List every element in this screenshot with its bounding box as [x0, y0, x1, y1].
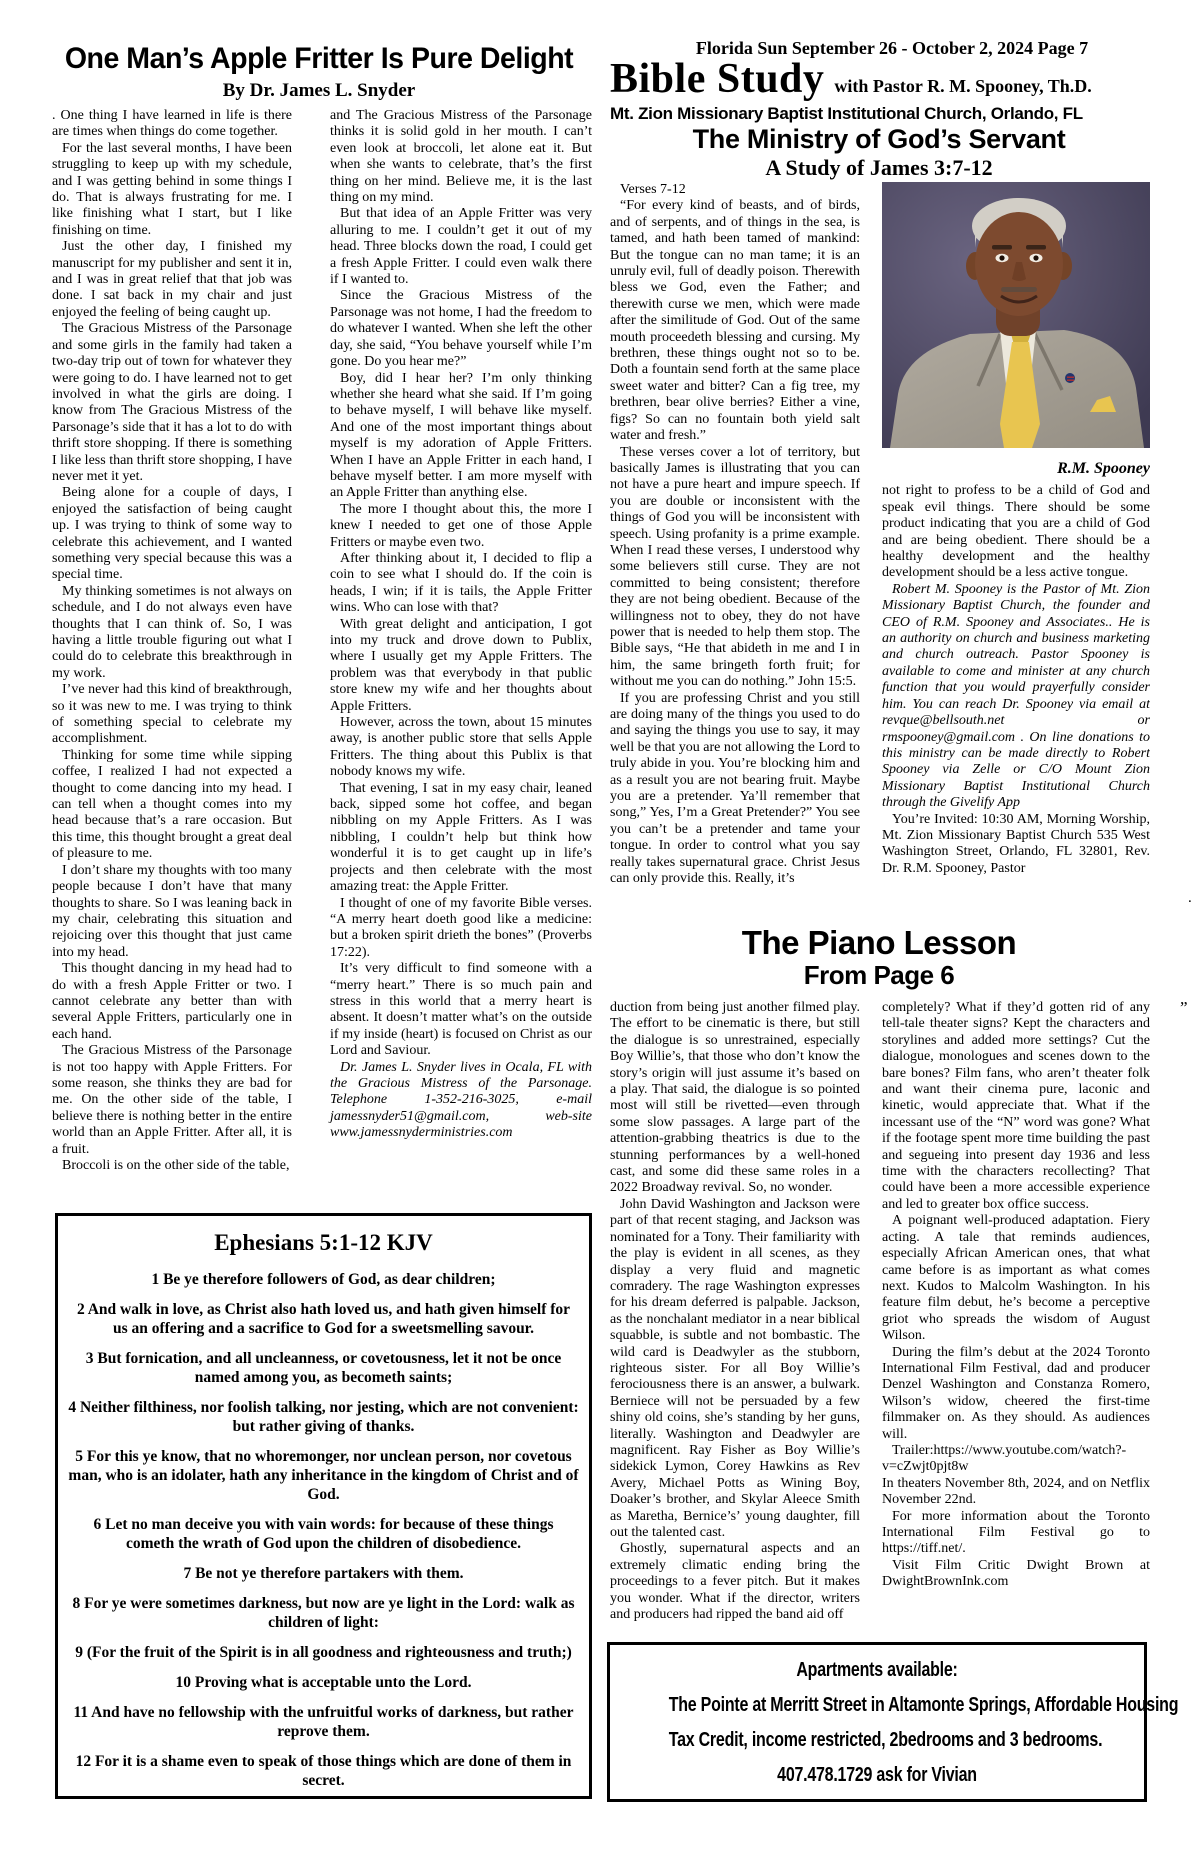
- fritter-article-byline: By Dr. James L. Snyder: [45, 80, 593, 102]
- fritter-article-headline: One Man’s Apple Fritter Is Pure Delight: [59, 42, 580, 76]
- paragraph: Broccoli is on the other side of the tab…: [52, 1158, 292, 1174]
- paragraph: The Gracious Mistress of the Parsonage i…: [52, 1043, 292, 1158]
- bible-study-header: Bible Study with Pastor R. M. Spooney, T…: [610, 55, 1155, 103]
- paragraph: I don’t share my thoughts with too many …: [52, 863, 292, 961]
- verse: 6 Let no man deceive you with vain words…: [68, 1515, 579, 1553]
- paragraph: I’ve never had this kind of breakthrough…: [52, 682, 292, 748]
- paragraph: Ghostly, supernatural aspects and an ext…: [610, 1541, 860, 1623]
- paragraph: This thought dancing in my head had to d…: [52, 961, 292, 1043]
- paragraph: completely? What if they’d gotten rid of…: [882, 1000, 1150, 1213]
- bible-column-2-text: not right to profess to be a child of Go…: [882, 483, 1150, 877]
- piano-column-1: duction from being just another filmed p…: [610, 1000, 860, 1660]
- paragraph: Dr. James L. Snyder lives in Ocala, FL w…: [330, 1060, 592, 1142]
- paragraph: During the film’s debut at the 2024 Toro…: [882, 1345, 1150, 1443]
- paragraph: Trailer:https://www.youtube.com/watch?-v…: [882, 1443, 1150, 1476]
- ad-line: Apartments available:: [669, 1657, 1086, 1683]
- photo-caption: R.M. Spooney: [882, 459, 1150, 479]
- ephesians-verses: 1 Be ye therefore followers of God, as d…: [68, 1270, 579, 1790]
- paragraph: It’s very difficult to find someone with…: [330, 961, 592, 1059]
- verse: 1 Be ye therefore followers of God, as d…: [68, 1270, 579, 1289]
- verse: 4 Neither filthiness, nor foolish talkin…: [68, 1398, 579, 1436]
- paragraph: Robert M. Spooney is the Pastor of Mt. Z…: [882, 582, 1150, 812]
- fritter-column-1: . One thing I have learned in life is th…: [52, 108, 292, 1210]
- newspaper-page: Florida Sun September 26 - October 2, 20…: [0, 0, 1200, 1855]
- ad-line: 407.478.1729 ask for Vivian: [669, 1762, 1086, 1788]
- paragraph: These verses cover a lot of territory, b…: [610, 445, 860, 691]
- paragraph: Visit Film Critic Dwight Brown at Dwight…: [882, 1558, 1150, 1591]
- piano-lesson-columns: duction from being just another filmed p…: [610, 1000, 1150, 1660]
- stray-quote-mark: ”: [1180, 998, 1188, 1018]
- ad-line: Tax Credit, income restricted, 2bedrooms…: [669, 1727, 1086, 1753]
- bible-study-columns: Verses 7-12“For every kind of beasts, an…: [610, 182, 1150, 952]
- paragraph: My thinking sometimes is not always on s…: [52, 584, 292, 682]
- verse: 5 For this ye know, that no whoremonger,…: [68, 1447, 579, 1504]
- fritter-article-columns: . One thing I have learned in life is th…: [52, 108, 592, 1210]
- pastor-photo: [882, 182, 1150, 453]
- bible-study-pastor-note: with Pastor R. M. Spooney, Th.D.: [834, 76, 1091, 97]
- paragraph: For the last several months, I have been…: [52, 141, 292, 239]
- paragraph: . One thing I have learned in life is th…: [52, 108, 292, 141]
- paragraph: Verses 7-12: [610, 182, 860, 198]
- paragraph: After thinking about it, I decided to fl…: [330, 551, 592, 617]
- verse: 7 Be not ye therefore partakers with the…: [68, 1564, 579, 1583]
- fritter-column-2: and The Gracious Mistress of the Parsona…: [330, 108, 592, 1210]
- paragraph: But that idea of an Apple Fritter was ve…: [330, 206, 592, 288]
- verse: 3 But fornication, and all uncleanness, …: [68, 1349, 579, 1387]
- pastor-portrait-illustration: [882, 182, 1150, 448]
- stray-period-mark: .: [1188, 890, 1192, 907]
- paragraph: and The Gracious Mistress of the Parsona…: [330, 108, 592, 206]
- verse: 8 For ye were sometimes darkness, but no…: [68, 1594, 579, 1632]
- paragraph: That evening, I sat in my easy chair, le…: [330, 781, 592, 896]
- paragraph: However, across the town, about 15 minut…: [330, 715, 592, 781]
- paragraph: You’re Invited: 10:30 AM, Morning Worshi…: [882, 812, 1150, 878]
- paragraph: Just the other day, I finished my manusc…: [52, 239, 292, 321]
- piano-lesson-subtitle: From Page 6: [608, 960, 1150, 991]
- paragraph: Thinking for some time while sipping cof…: [52, 748, 292, 863]
- paragraph: John David Washington and Jackson were p…: [610, 1197, 860, 1542]
- piano-column-2: completely? What if they’d gotten rid of…: [882, 1000, 1150, 1660]
- verse: 12 For it is a shame even to speak of th…: [68, 1752, 579, 1790]
- piano-lesson-title: The Piano Lesson: [608, 924, 1150, 962]
- paragraph: With great delight and anticipation, I g…: [330, 617, 592, 715]
- paragraph: The more I thought about this, the more …: [330, 502, 592, 551]
- ministry-title: The Ministry of God’s Servant: [608, 124, 1150, 155]
- paragraph: I thought of one of my favorite Bible ve…: [330, 896, 592, 962]
- bible-column-1: Verses 7-12“For every kind of beasts, an…: [610, 182, 860, 952]
- verse: 11 And have no fellowship with the unfru…: [68, 1703, 579, 1741]
- verse: 2 And walk in love, as Christ also hath …: [68, 1300, 579, 1338]
- bible-study-title: Bible Study: [610, 55, 824, 103]
- paragraph: Being alone for a couple of days, I enjo…: [52, 485, 292, 583]
- verse: 9 (For the fruit of the Spirit is in all…: [68, 1643, 579, 1662]
- paragraph: In theaters November 8th, 2024, and on N…: [882, 1476, 1150, 1509]
- paragraph: The Gracious Mistress of the Parsonage a…: [52, 321, 292, 485]
- bible-column-2: R.M. Spooney not right to profess to be …: [882, 182, 1150, 952]
- paragraph: If you are professing Christ and you sti…: [610, 691, 860, 888]
- paragraph: “For every kind of beasts, and of birds,…: [610, 198, 860, 444]
- church-name-line: Mt. Zion Missionary Baptist Institutiona…: [610, 104, 1155, 124]
- ad-line: The Pointe at Merritt Street in Altamont…: [669, 1692, 1086, 1718]
- paragraph: not right to profess to be a child of Go…: [882, 483, 1150, 581]
- verse: 10 Proving what is acceptable unto the L…: [68, 1673, 579, 1692]
- paragraph: For more information about the Toronto I…: [882, 1509, 1150, 1558]
- ephesians-scripture-box: Ephesians 5:1-12 KJV 1 Be ye therefore f…: [55, 1213, 592, 1799]
- study-subtitle: A Study of James 3:7-12: [608, 155, 1150, 181]
- paragraph: duction from being just another filmed p…: [610, 1000, 860, 1197]
- ephesians-box-title: Ephesians 5:1-12 KJV: [68, 1230, 579, 1256]
- apartments-ad-box: Apartments available:The Pointe at Merri…: [607, 1642, 1147, 1802]
- paragraph: Boy, did I hear her? I’m only thinking w…: [330, 371, 592, 502]
- paragraph: Since the Gracious Mistress of the Parso…: [330, 288, 592, 370]
- paragraph: A poignant well-produced adaptation. Fie…: [882, 1213, 1150, 1344]
